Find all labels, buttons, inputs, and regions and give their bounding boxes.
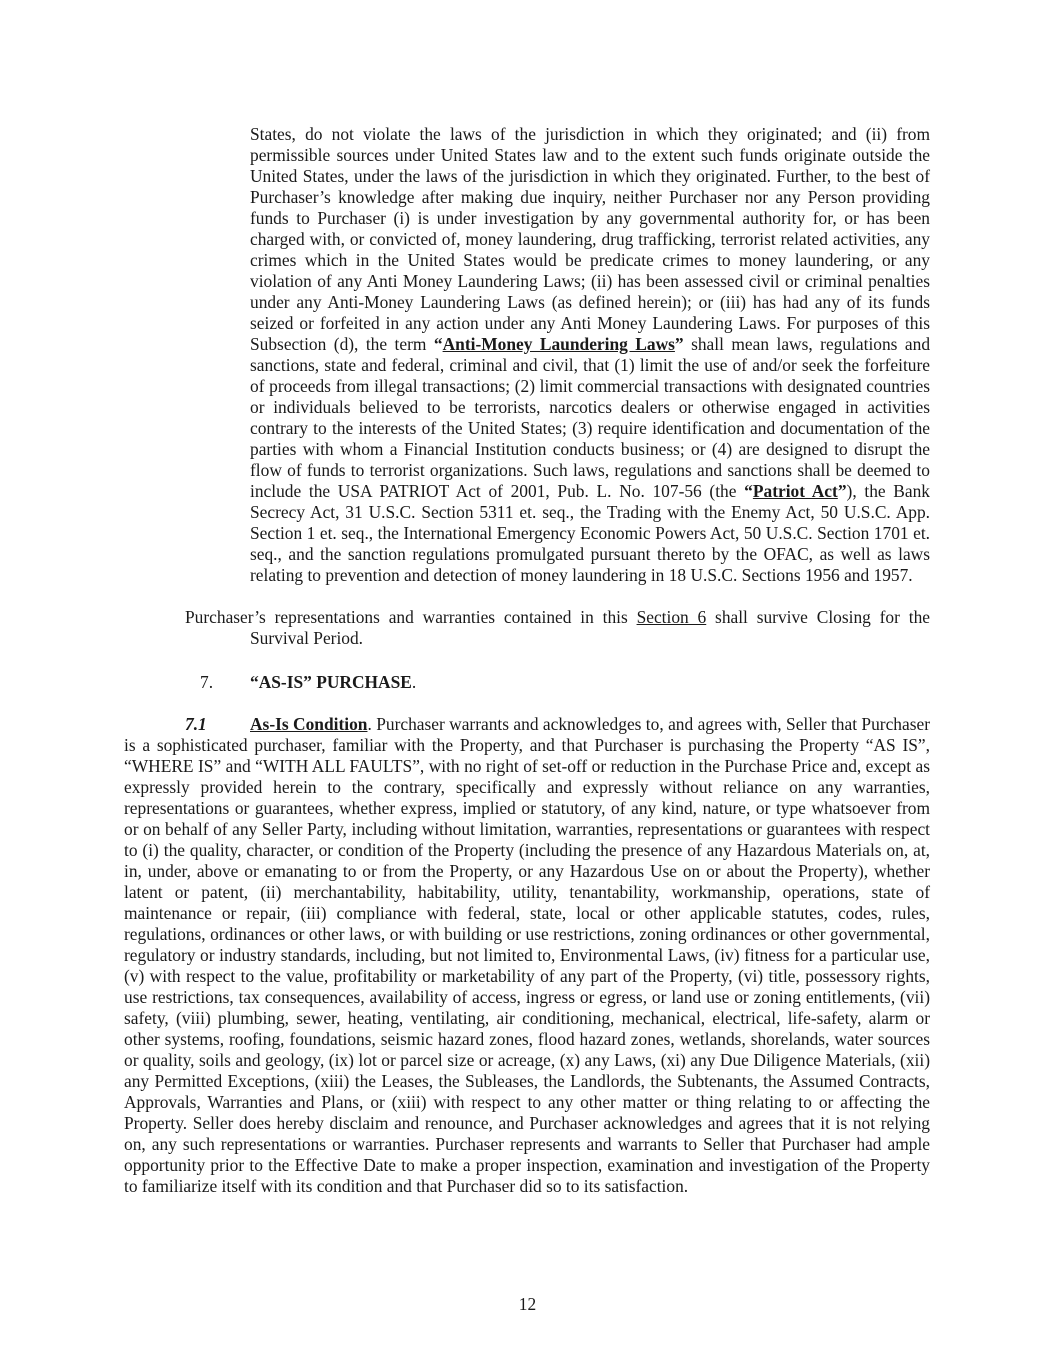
section-7-1-body: As-Is Condition. Purchaser warrants and … [124, 714, 930, 1196]
document-page: States, do not violate the laws of the j… [0, 0, 1055, 1365]
section-7-heading: 7.“AS-IS” PURCHASE. [250, 672, 930, 693]
paragraph-continuation: States, do not violate the laws of the j… [250, 124, 930, 586]
paragraph-as-is-condition: 7.1As-Is Condition. Purchaser warrants a… [124, 714, 930, 1197]
section-7-title: “AS-IS” PURCHASE [250, 672, 412, 692]
section-7-title-period: . [412, 672, 416, 692]
paragraph-survival: Purchaser’s representations and warranti… [250, 607, 930, 649]
section-7-number: 7. [200, 672, 250, 693]
page-number: 12 [0, 1294, 1055, 1315]
section-7-1-number: 7.1 [185, 714, 250, 735]
page-content: States, do not violate the laws of the j… [124, 124, 930, 1197]
